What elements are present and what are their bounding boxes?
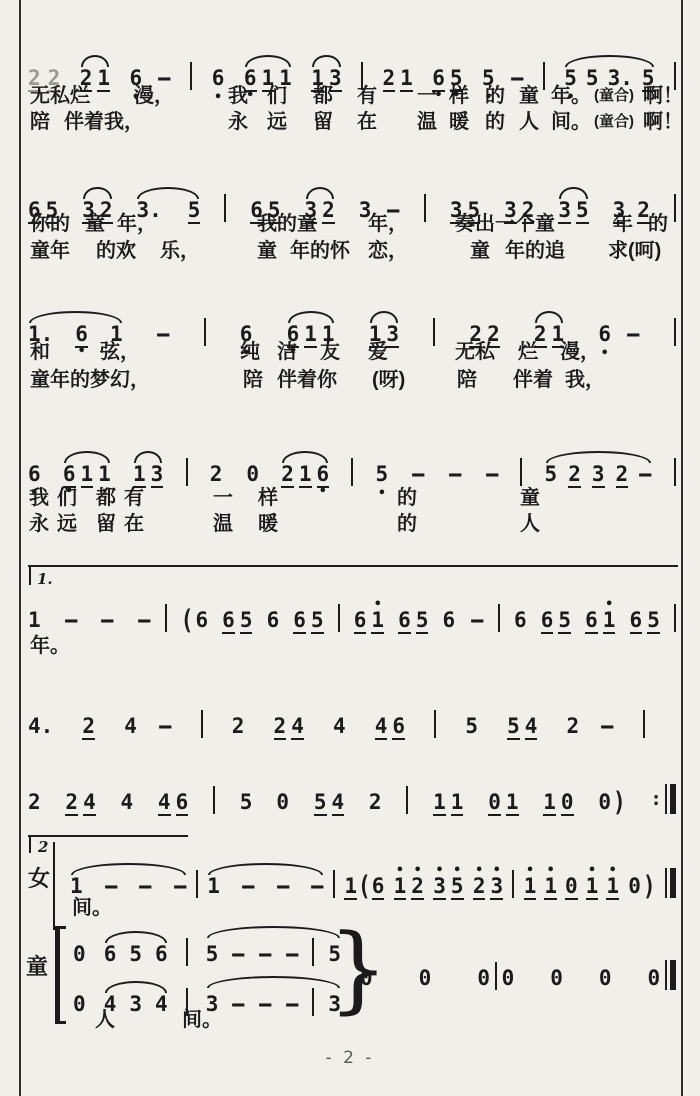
lyric-syllable: 年， bbox=[368, 212, 408, 236]
note: 1 bbox=[344, 875, 357, 900]
dash-extension: - bbox=[174, 875, 187, 900]
note: 3• bbox=[433, 875, 446, 900]
note-digit: 3 bbox=[490, 875, 503, 897]
note-digit: - bbox=[59, 609, 83, 631]
note-group: 61• bbox=[585, 609, 615, 634]
dash-extension: - bbox=[157, 323, 170, 348]
note: 4. bbox=[28, 715, 53, 740]
lyric-syllable: 间。 bbox=[72, 896, 112, 920]
note-group: 000 bbox=[360, 967, 490, 992]
rest-note: 0 bbox=[276, 791, 289, 816]
notes-row: 224446505421101100): bbox=[28, 768, 676, 816]
slur-group: 1--- bbox=[207, 875, 324, 900]
note: 4 bbox=[83, 791, 96, 816]
lyric-syllable: 我， bbox=[565, 368, 605, 392]
dash-extension: - bbox=[232, 993, 245, 1018]
note-digit: - bbox=[168, 875, 192, 897]
note-digit: - bbox=[480, 463, 504, 485]
note-digit: 1 bbox=[304, 323, 317, 345]
note-digit: 0 bbox=[477, 967, 490, 989]
slur-group: 5---5 bbox=[206, 938, 341, 968]
note-digit: 1 bbox=[524, 875, 537, 897]
lyric-syllable: 童 bbox=[470, 239, 490, 263]
note: 6 bbox=[222, 609, 235, 634]
note-digit: 2 bbox=[383, 67, 396, 89]
lyric-syllable: 远 bbox=[57, 512, 77, 536]
note-digit: 6 bbox=[585, 609, 598, 631]
note-digit: 5 bbox=[451, 875, 464, 897]
note-digit: 0 bbox=[246, 463, 259, 485]
note-group: 65 bbox=[630, 609, 660, 634]
note-digit: 2 bbox=[274, 715, 287, 737]
note-group: 4 bbox=[333, 715, 346, 740]
note-group: 10 bbox=[543, 791, 573, 816]
note-digit: 2 bbox=[232, 715, 245, 737]
dash-extension: - bbox=[412, 463, 425, 488]
note: 2 bbox=[232, 715, 245, 740]
lyric-syllable: 人 bbox=[520, 512, 540, 536]
note-digit: 0 bbox=[488, 791, 501, 813]
note: 1 bbox=[433, 791, 446, 816]
note: 1 bbox=[543, 791, 556, 816]
note-digit: 2 bbox=[65, 791, 78, 813]
barline bbox=[190, 62, 192, 90]
note-digit: 1 bbox=[81, 463, 94, 485]
octave-dot-above: • bbox=[547, 868, 555, 874]
note-digit: 6 bbox=[514, 609, 527, 631]
note-digit: 6 bbox=[392, 715, 405, 737]
note-group: 1•1•01•1• bbox=[524, 875, 619, 900]
note-digit: 6 bbox=[317, 463, 330, 485]
note-digit: 0 bbox=[561, 791, 574, 813]
lyric-syllable: 间。 bbox=[551, 110, 591, 134]
lyric-syllable: (童合) bbox=[594, 84, 634, 108]
note-digit: 0 bbox=[502, 967, 515, 989]
note-digit: 1 bbox=[586, 875, 599, 897]
lyric-syllable: 纯 bbox=[240, 340, 260, 364]
note: 6 bbox=[514, 609, 527, 634]
note: 4 bbox=[121, 791, 134, 816]
note-group: 2 bbox=[28, 791, 41, 816]
note: 6 bbox=[293, 609, 306, 634]
duo-system-bracket bbox=[55, 928, 60, 1022]
lyric-syllable: 温 bbox=[213, 512, 233, 536]
note: 1 bbox=[299, 463, 312, 488]
note-digit: 0 bbox=[73, 943, 86, 965]
rest-note: 0 bbox=[360, 967, 373, 992]
lyric-syllable: 的 bbox=[485, 84, 505, 108]
note-group: 6•- bbox=[598, 323, 639, 348]
dash-extension: - bbox=[159, 715, 172, 740]
note: 4 bbox=[525, 715, 538, 740]
note-digit: - bbox=[132, 609, 156, 631]
note-digit: - bbox=[151, 323, 175, 345]
note: 6 bbox=[176, 791, 189, 816]
note: 2 bbox=[210, 463, 223, 488]
note-digit: 0 bbox=[73, 993, 86, 1015]
dash-extension: - bbox=[286, 943, 299, 968]
note-digit: - bbox=[227, 993, 251, 1015]
dash-extension: - bbox=[139, 875, 152, 900]
note-digit: 1 bbox=[207, 875, 220, 897]
note-digit: 1 bbox=[451, 791, 464, 813]
note-digit: 1 bbox=[544, 875, 557, 897]
octave-dot-above: • bbox=[493, 868, 501, 874]
note-digit: 3 bbox=[592, 463, 605, 485]
note: 1• bbox=[544, 875, 557, 900]
note-digit: 1 bbox=[299, 463, 312, 485]
note-digit: - bbox=[253, 993, 277, 1015]
note-digit: 6 bbox=[176, 791, 189, 813]
octave-dot-below: • bbox=[319, 489, 327, 495]
dash-extension: - bbox=[65, 609, 78, 634]
note-digit: - bbox=[153, 715, 177, 737]
system-s6: 4.24-2244465542- bbox=[28, 694, 645, 740]
note-digit: 4 bbox=[333, 715, 346, 737]
note-digit: 2 bbox=[28, 791, 41, 813]
lyric-syllable: 年。 bbox=[30, 634, 70, 658]
note-group: 0 bbox=[73, 943, 86, 968]
octave-dot-below: • bbox=[214, 95, 222, 101]
repeat-dots: : bbox=[650, 785, 661, 813]
note-digit: 5 bbox=[188, 199, 201, 221]
note-digit: 5 bbox=[240, 791, 253, 813]
note-digit: 5 bbox=[545, 463, 558, 485]
note-group: 2•3• bbox=[473, 875, 503, 900]
note: 5 bbox=[545, 463, 558, 488]
note-digit: 4 bbox=[121, 791, 134, 813]
lyric-syllable: 永 bbox=[29, 512, 49, 536]
note-digit: 3 bbox=[433, 875, 446, 897]
note-group: 01 bbox=[488, 791, 518, 816]
lyric-syllable: 伴着你 bbox=[277, 368, 337, 392]
note: 2 bbox=[616, 463, 629, 488]
note: 5 bbox=[129, 943, 142, 968]
note-digit: 2 bbox=[568, 463, 581, 485]
note-group: 6• bbox=[28, 463, 41, 488]
lyric-syllable: 在 bbox=[124, 512, 144, 536]
note-digit: 5 bbox=[465, 715, 478, 737]
lyric-syllable: 有 bbox=[357, 84, 377, 108]
note-digit: 1 bbox=[70, 875, 83, 897]
rest-note: 0 bbox=[598, 791, 611, 816]
note: 6• bbox=[598, 323, 611, 348]
note-group: 20 bbox=[210, 463, 259, 488]
lyric-syllable: 的欢 bbox=[96, 239, 136, 263]
note: 1 bbox=[81, 463, 94, 488]
system-s5: 1---(66566561•656-66561•65 bbox=[28, 588, 676, 634]
note-digit: 6 bbox=[630, 609, 643, 631]
thick-barline bbox=[670, 960, 676, 990]
note: 2 bbox=[28, 791, 41, 816]
barline bbox=[424, 194, 426, 222]
note-digit: 6 bbox=[195, 609, 208, 631]
note: 2 bbox=[383, 67, 396, 92]
lyric-syllable: 童年的梦幻， bbox=[30, 368, 150, 392]
note: 2 bbox=[274, 715, 287, 740]
note-digit: 6 bbox=[28, 463, 41, 485]
lyric-syllable: 人 bbox=[95, 1008, 115, 1032]
barline bbox=[224, 194, 226, 222]
lyric-syllable: 年的追 bbox=[505, 239, 565, 263]
octave-dot-above: • bbox=[414, 868, 422, 874]
barline bbox=[674, 194, 676, 222]
note-digit: 3 bbox=[151, 463, 164, 485]
note-digit: 5 bbox=[507, 715, 520, 737]
octave-dot-above: • bbox=[453, 868, 461, 874]
octave-dot-above: • bbox=[605, 602, 613, 608]
note: 6 bbox=[585, 609, 598, 634]
note: 4 bbox=[332, 791, 345, 816]
note: 5 bbox=[647, 609, 660, 634]
note-digit: 2 bbox=[411, 875, 424, 897]
note: 2 bbox=[82, 715, 95, 740]
note-group: 50 bbox=[240, 791, 289, 816]
lyric-syllable: 永 bbox=[228, 110, 248, 134]
octave-dot-below: • bbox=[378, 491, 386, 497]
lyric-syllable: 年， bbox=[117, 212, 157, 236]
lyric-syllable: 童 bbox=[520, 486, 540, 510]
note-digit: - bbox=[406, 463, 430, 485]
note-group: 46 bbox=[375, 715, 405, 740]
note: 1• bbox=[394, 875, 407, 900]
note: 6 bbox=[104, 943, 117, 968]
note-group: 6 bbox=[514, 609, 527, 634]
note-digit: 1 bbox=[394, 875, 407, 897]
note-digit: 2 bbox=[567, 715, 580, 737]
barline bbox=[512, 870, 514, 898]
rest-note: 0 bbox=[419, 967, 432, 992]
note-group: 4. bbox=[28, 715, 53, 740]
thin-barline bbox=[665, 784, 667, 814]
note: 1 bbox=[207, 875, 220, 900]
note-group: 0 bbox=[73, 993, 86, 1018]
note-digit: 2 bbox=[322, 199, 335, 221]
note-digit: 0 bbox=[648, 967, 661, 989]
barline bbox=[498, 604, 500, 632]
note-digit: 4 bbox=[83, 791, 96, 813]
note-digit: 0 bbox=[276, 791, 289, 813]
rest-note: 0 bbox=[561, 791, 574, 816]
lyric-syllable: 暖 bbox=[449, 110, 469, 134]
note-digit: 6 bbox=[293, 609, 306, 631]
note-digit: 0 bbox=[419, 967, 432, 989]
dash-extension: - bbox=[286, 993, 299, 1018]
parenthesis: ( bbox=[358, 875, 371, 900]
note: 4 bbox=[333, 715, 346, 740]
volta-2-line bbox=[28, 835, 188, 837]
rest-note: 0 bbox=[648, 967, 661, 992]
note-digit: 6 bbox=[354, 609, 367, 631]
note-digit: 0 bbox=[550, 967, 563, 989]
note-group: 65 bbox=[293, 609, 323, 634]
note-group: 0) bbox=[628, 875, 655, 900]
note-digit: 1 bbox=[344, 875, 357, 897]
barline bbox=[213, 786, 215, 814]
lyric-syllable: 的 bbox=[397, 486, 417, 510]
note: 5 bbox=[240, 609, 253, 634]
note: 6• bbox=[212, 67, 225, 92]
lyric-syllable: 远 bbox=[267, 110, 287, 134]
note-digit: 4 bbox=[291, 715, 304, 737]
note: 2 bbox=[568, 463, 581, 488]
note-digit: 1 bbox=[506, 791, 519, 813]
note: 5• bbox=[376, 463, 389, 488]
note-digit: 5 bbox=[576, 199, 589, 221]
note-group: 54 bbox=[314, 791, 344, 816]
slur-group: 13 bbox=[133, 463, 163, 488]
lyric-syllable: 的 bbox=[648, 212, 668, 236]
notes-row: 6•6•111320216•5•---5232- bbox=[28, 442, 676, 488]
lyric-syllable: 恋， bbox=[368, 239, 408, 263]
lyric-syllable: 一 bbox=[213, 486, 233, 510]
note-group: 3•5• bbox=[433, 875, 463, 900]
barline bbox=[338, 604, 340, 632]
note: 5 bbox=[314, 791, 327, 816]
note: 6 bbox=[267, 609, 280, 634]
note-digit: 4 bbox=[332, 791, 345, 813]
note-digit: 5 bbox=[311, 609, 324, 631]
lyric-syllable: 留 bbox=[96, 512, 116, 536]
note-digit: 5 bbox=[416, 609, 429, 631]
barline bbox=[543, 62, 545, 90]
note: 1 bbox=[304, 323, 317, 348]
lyric-syllable: 啊！ bbox=[643, 110, 683, 134]
lyric-syllable: 弦， bbox=[100, 340, 140, 364]
note: 5 bbox=[507, 715, 520, 740]
lyric-syllable: 一 bbox=[417, 84, 437, 108]
note-digit: 4 bbox=[375, 715, 388, 737]
note: 6 bbox=[354, 609, 367, 634]
note-digit: 6 bbox=[267, 609, 280, 631]
note-group: 65 bbox=[222, 609, 252, 634]
note: 1 bbox=[98, 463, 111, 488]
barline bbox=[312, 938, 314, 966]
note-group: 65 bbox=[541, 609, 571, 634]
barline bbox=[520, 458, 522, 486]
lyric-syllable: 漫， bbox=[560, 340, 600, 364]
sheet-music-page: 22216•-6•6•1113216•5•5•-5•53.5无私烂漫，我们都有一… bbox=[0, 0, 700, 1096]
lyric-syllable: 童年 bbox=[30, 239, 70, 263]
dash-extension: - bbox=[471, 609, 484, 634]
barline bbox=[674, 458, 676, 486]
lyric-syllable: 们 bbox=[57, 486, 77, 510]
note-digit: 5 bbox=[206, 943, 219, 965]
rest-note: 0 bbox=[488, 791, 501, 816]
lyric-syllable: 的 bbox=[397, 512, 417, 536]
note-digit: 2 bbox=[210, 463, 223, 485]
rest-note: 0 bbox=[565, 875, 578, 900]
note-digit: 5 bbox=[314, 791, 327, 813]
thin-barline bbox=[665, 960, 667, 990]
note-digit: ) bbox=[643, 872, 656, 900]
note-digit: 4. bbox=[28, 715, 53, 737]
note: 1 bbox=[28, 609, 41, 634]
note: 2 bbox=[65, 791, 78, 816]
note-digit: 1 bbox=[606, 875, 619, 897]
note: 2 bbox=[567, 715, 580, 740]
note-digit: 1 bbox=[543, 791, 556, 813]
note: 2• bbox=[473, 875, 486, 900]
notes-row: 1---1---1(61•2•3•5•2•3•1•1•01•1•0) bbox=[70, 852, 676, 900]
note: 5• bbox=[451, 875, 464, 900]
note: 3 bbox=[558, 199, 571, 224]
rest-note: 0 bbox=[73, 993, 86, 1018]
note-digit: 1 bbox=[400, 67, 413, 89]
note: 6 bbox=[392, 715, 405, 740]
note: 1• bbox=[371, 609, 384, 634]
note-digit: 0 bbox=[598, 791, 611, 813]
note: 3 bbox=[129, 993, 142, 1018]
lyric-syllable: 样 bbox=[449, 84, 469, 108]
lyric-syllable: 们 bbox=[267, 84, 287, 108]
barline bbox=[186, 458, 188, 486]
note-digit: 6 bbox=[398, 609, 411, 631]
note: 1• bbox=[586, 875, 599, 900]
note-digit: ( bbox=[181, 606, 194, 634]
note-digit: 6 bbox=[155, 943, 168, 965]
note-group: 2 bbox=[82, 715, 95, 740]
note-digit: 6 bbox=[372, 875, 385, 897]
note-digit: 0 bbox=[565, 875, 578, 897]
note-group: 2- bbox=[567, 715, 614, 740]
lyric-syllable: 无私 bbox=[455, 340, 495, 364]
note-digit: - bbox=[443, 463, 467, 485]
octave-dot-above: • bbox=[374, 602, 382, 608]
slur-group: 3---3 bbox=[206, 988, 341, 1018]
note-group: 1--- bbox=[28, 609, 151, 634]
system-s8: 1---1---1(61•2•3•5•2•3•1•1•01•1•0) bbox=[70, 852, 676, 900]
lyric-syllable: (呀) bbox=[372, 368, 405, 392]
note: 6 bbox=[541, 609, 554, 634]
dash-extension: - bbox=[259, 943, 272, 968]
dash-extension: - bbox=[639, 463, 652, 488]
repeat-end-barline: : bbox=[650, 784, 675, 814]
note: 1• bbox=[524, 875, 537, 900]
system-start-barline bbox=[53, 842, 55, 930]
barline bbox=[196, 870, 198, 898]
volta-2-label: 2 bbox=[38, 838, 48, 856]
parenthesis: ( bbox=[181, 609, 194, 634]
octave-dot-below: • bbox=[601, 351, 609, 357]
note-digit: - bbox=[305, 875, 329, 897]
lyric-syllable: 爱 bbox=[368, 340, 388, 364]
octave-dot-below: • bbox=[78, 349, 86, 355]
final-barline bbox=[665, 960, 676, 990]
barline bbox=[674, 604, 676, 632]
rest-note: 0 bbox=[73, 943, 86, 968]
octave-dot-above: • bbox=[526, 868, 534, 874]
note-digit: 2 bbox=[82, 715, 95, 737]
lyric-syllable: 陪 bbox=[243, 368, 263, 392]
note-digit: 6 bbox=[598, 323, 611, 345]
notes-row: 1---(66566561•656-66561•65 bbox=[28, 588, 676, 634]
note-digit: - bbox=[253, 943, 277, 965]
lyric-syllable: 在 bbox=[357, 110, 377, 134]
barline bbox=[312, 988, 314, 1016]
note-digit: 3 bbox=[129, 993, 142, 1015]
note-group: 21 bbox=[383, 67, 413, 92]
dash-extension: - bbox=[311, 875, 324, 900]
octave-dot-above: • bbox=[436, 868, 444, 874]
lyric-syllable: 烂 bbox=[518, 340, 538, 364]
note: 1 bbox=[97, 67, 110, 92]
note-digit: - bbox=[236, 875, 260, 897]
lyric-syllable: 我 bbox=[29, 486, 49, 510]
note-digit: 6 bbox=[443, 609, 456, 631]
lyric-syllable: 求(呵) bbox=[608, 239, 661, 263]
page-left-edge-line bbox=[19, 0, 21, 1096]
